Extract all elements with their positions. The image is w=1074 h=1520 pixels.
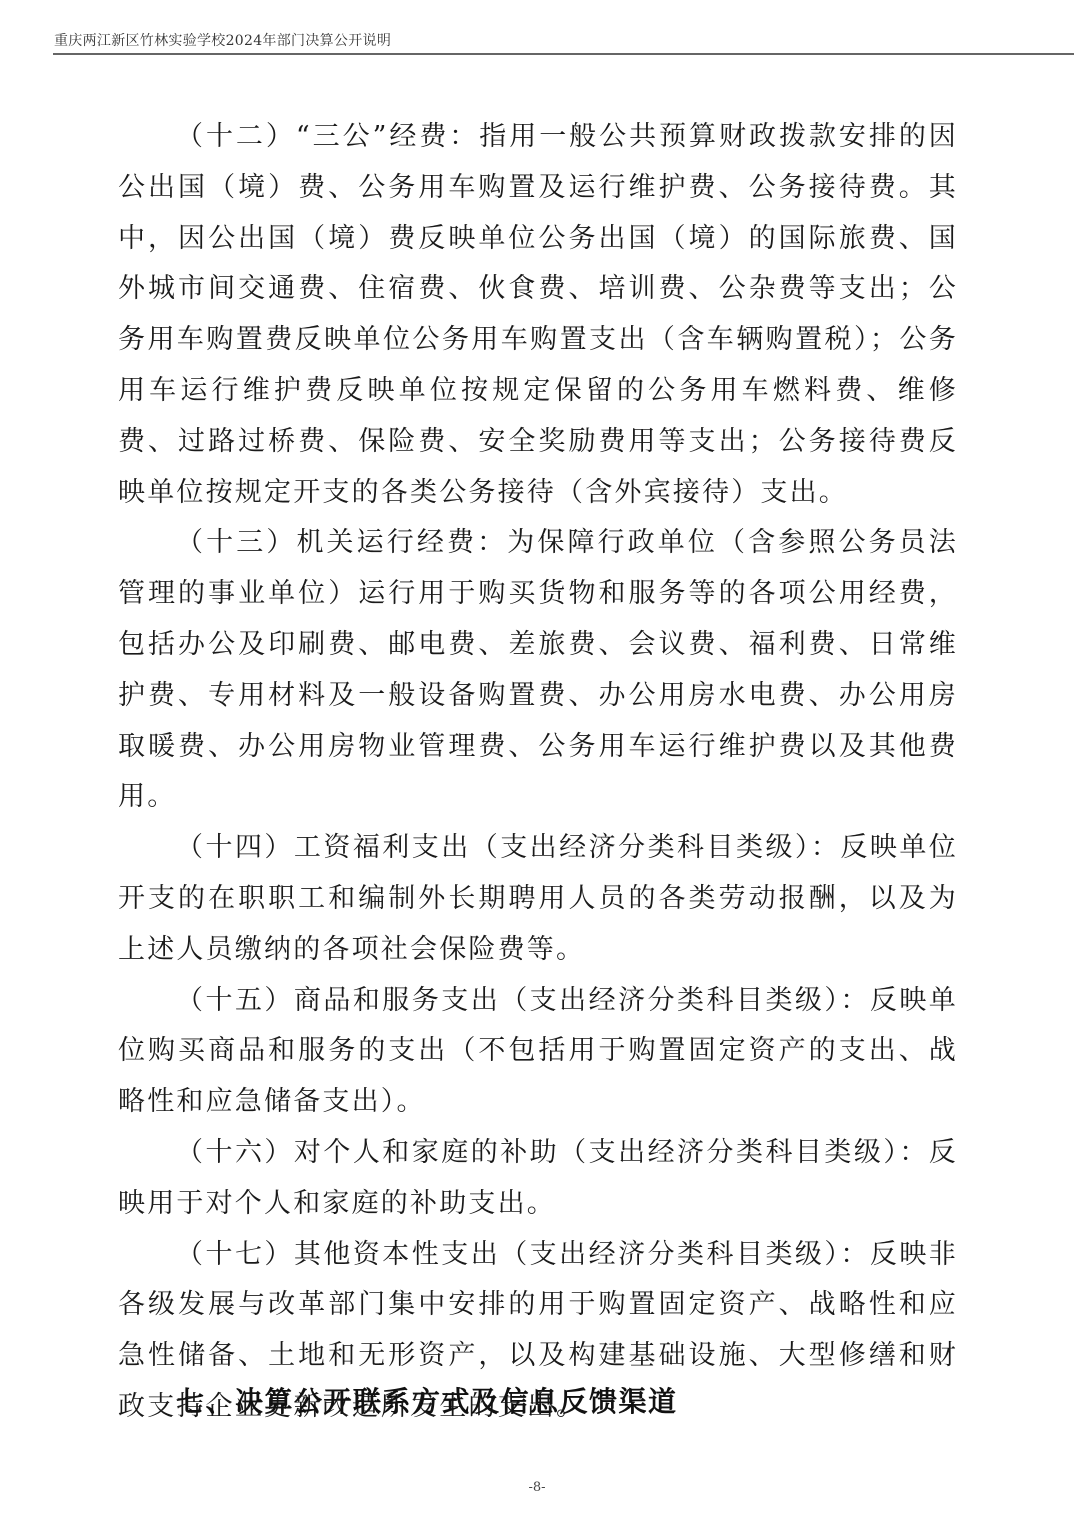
paragraph-16-household-subsidies: （十六）对个人和家庭的补助（支出经济分类科目类级）：反映用于对个人和家庭的补助支… — [118, 1128, 958, 1230]
paragraph-14-wage-welfare-expenditure: （十四）工资福利支出（支出经济分类科目类级）：反映单位开支的在职职工和编制外长期… — [118, 823, 958, 975]
section-heading-contact: 七、决算公开联系方式及信息反馈渠道 — [176, 1380, 678, 1420]
paragraph-12-three-public-expenses: （十二）“三公”经费：指用一般公共预算财政拨款安排的因公出国（境）费、公务用车购… — [118, 112, 958, 518]
paragraph-15-goods-services-expenditure: （十五）商品和服务支出（支出经济分类科目类级）：反映单位购买商品和服务的支出（不… — [118, 976, 958, 1128]
header-divider — [53, 53, 1074, 55]
page-number: -8- — [0, 1480, 1074, 1495]
paragraph-13-agency-operating-expenses: （十三）机关运行经费：为保障行政单位（含参照公务员法管理的事业单位）运行用于购买… — [118, 518, 958, 823]
document-header-title: 重庆两江新区竹林实验学校2024年部门决算公开说明 — [54, 30, 391, 50]
document-body: （十二）“三公”经费：指用一般公共预算财政拨款安排的因公出国（境）费、公务用车购… — [118, 112, 958, 1433]
